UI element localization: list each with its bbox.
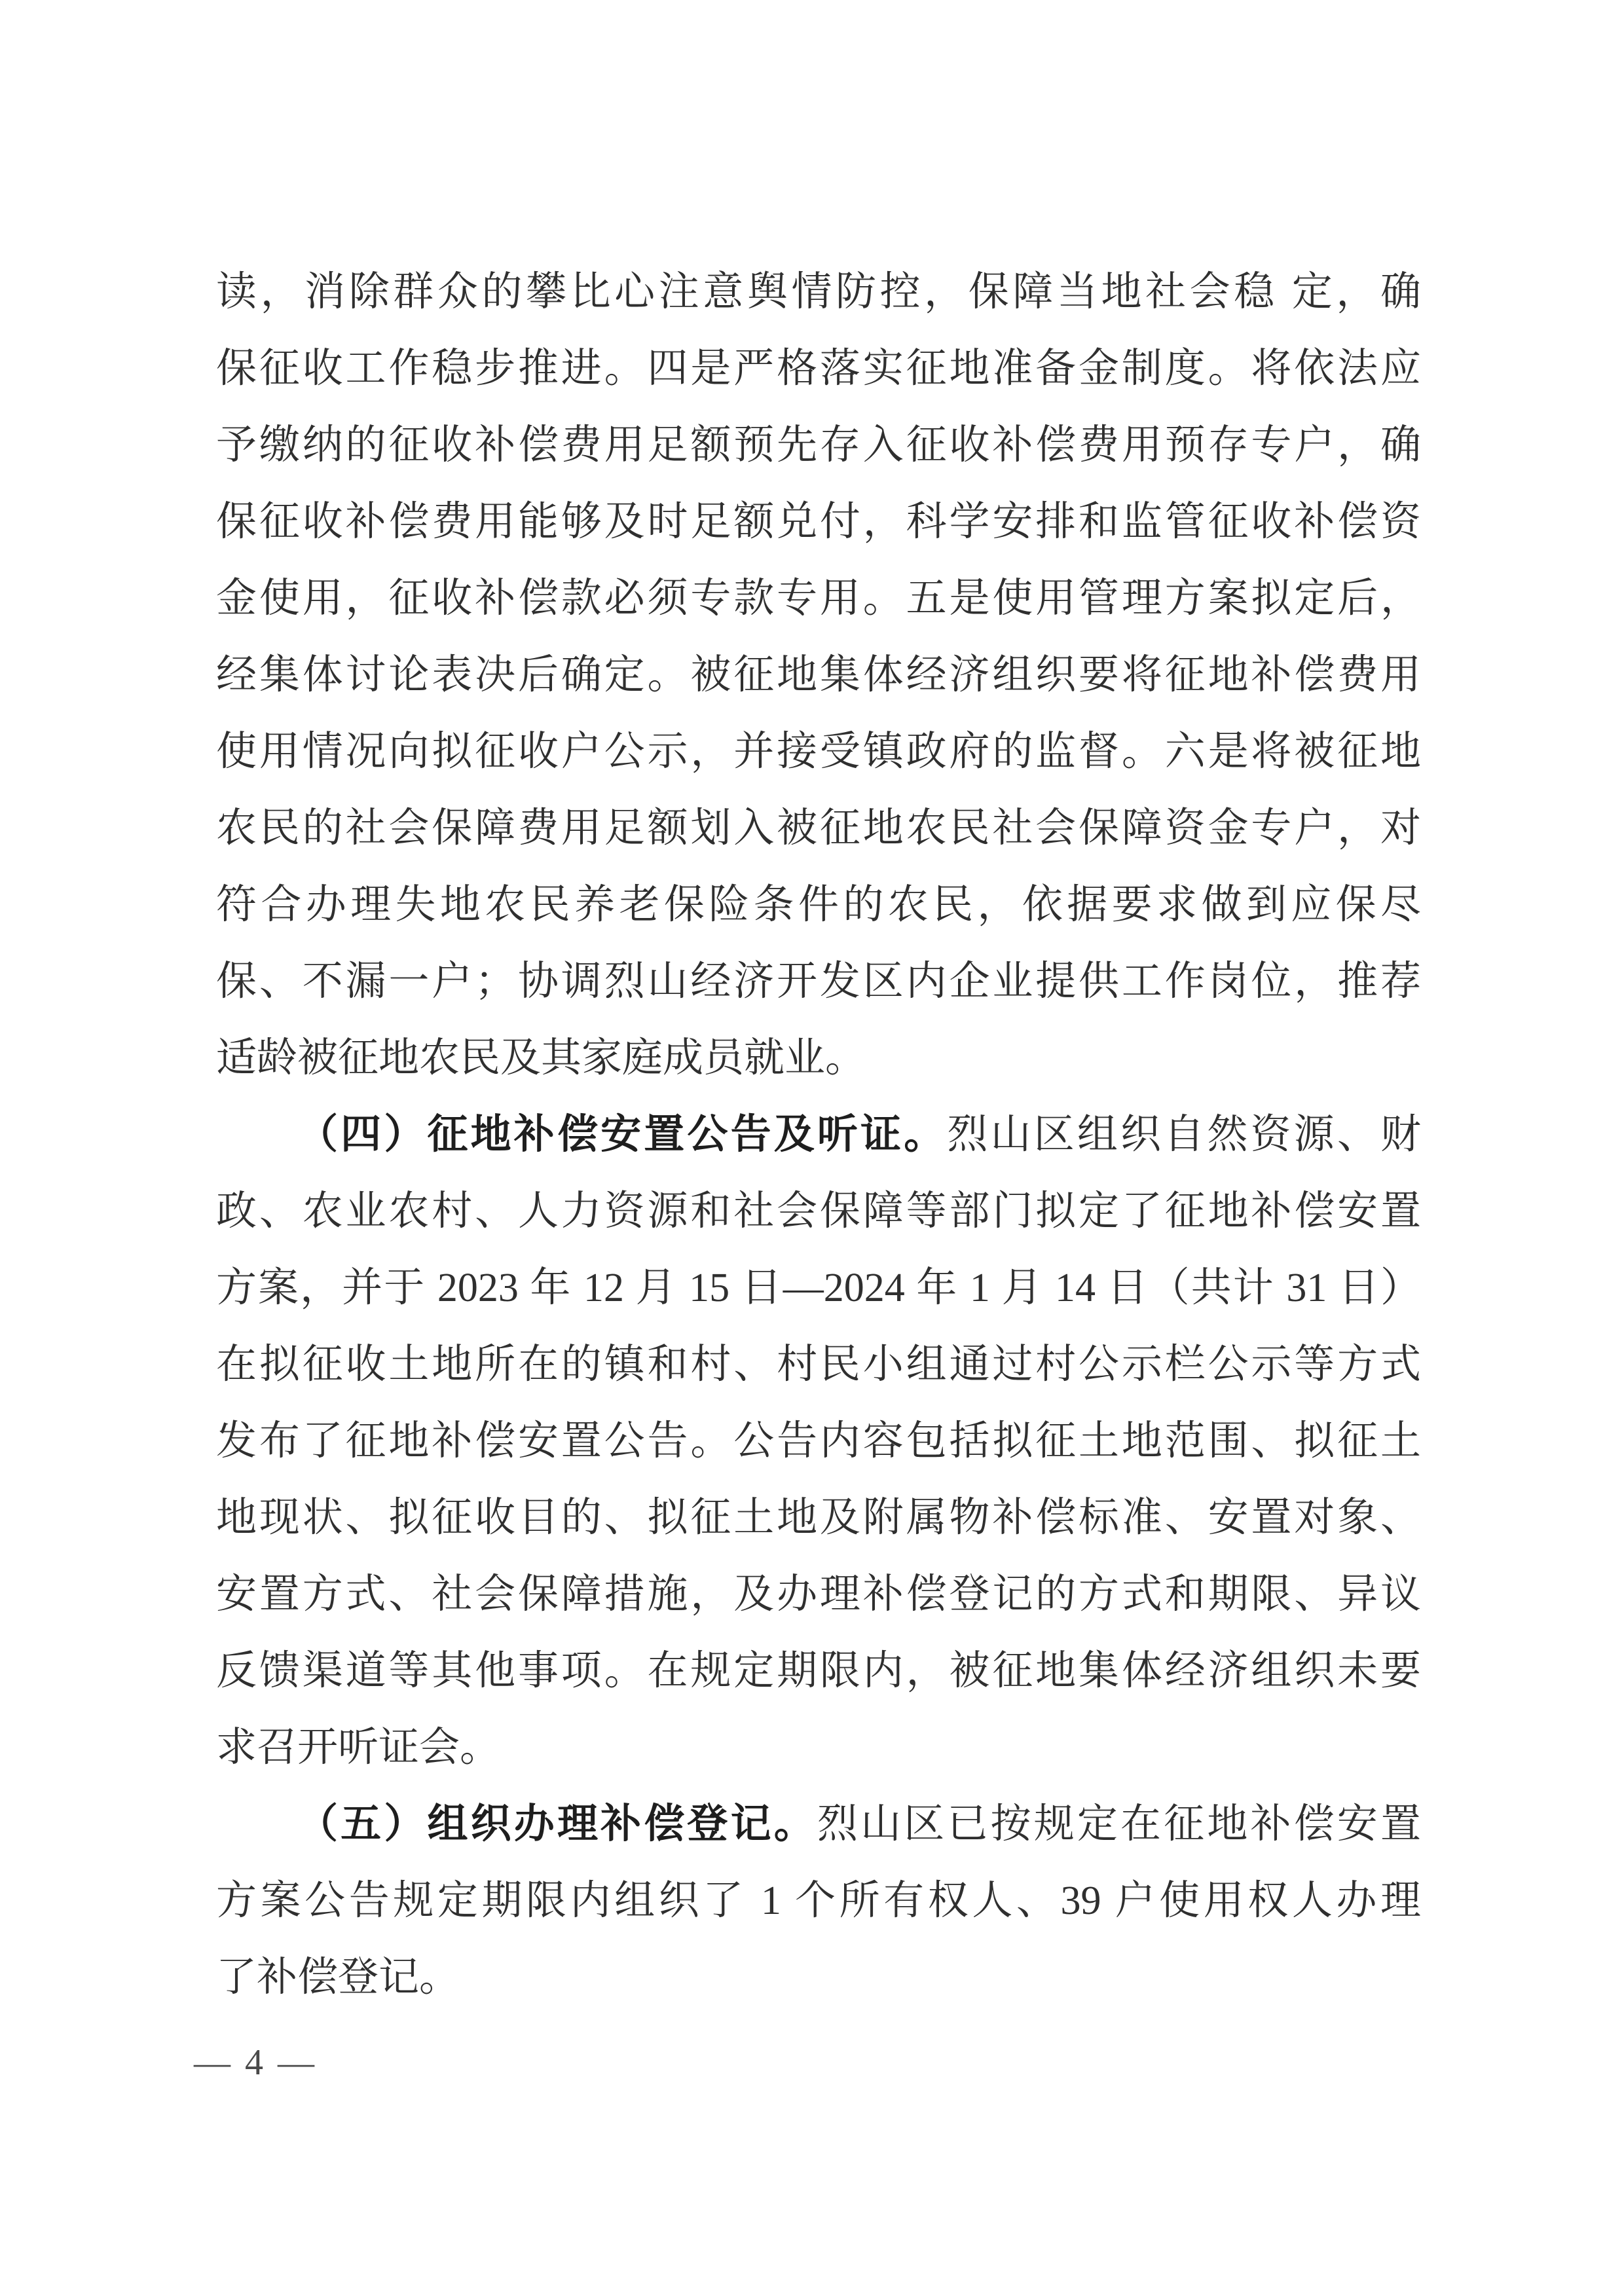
text-line: （五）组织办理补偿登记。烈山区已按规定在征地补偿安置 [216,1786,1421,1863]
text-line: 方案公告规定期限内组织了 1 个所有权人、39 户使用权人办理 [216,1863,1421,1939]
text-line: 政、农业农村、人力资源和社会保障等部门拟定了征地补偿安置 [216,1173,1421,1250]
text-line: 保征收补偿费用能够及时足额兑付，科学安排和监管征收补偿资 [216,484,1421,560]
text-line: 予缴纳的征收补偿费用足额预先存入征收补偿费用预存专户，确 [216,407,1421,484]
text-line: 读，消除群众的攀比心注意舆情防控，保障当地社会稳 定，确 [216,254,1421,331]
document-page: 读，消除群众的攀比心注意舆情防控，保障当地社会稳 定，确保征收工作稳步推进。四是… [0,0,1624,2295]
text-line: 方案，并于 2023 年 12 月 15 日—2024 年 1 月 14 日（共… [216,1250,1421,1327]
text-line: 了补偿登记。 [216,1939,1421,2016]
text-line: 保、不漏一户；协调烈山经济开发区内企业提供工作岗位，推荐 [216,944,1421,1020]
text-line: 经集体讨论表决后确定。被征地集体经济组织要将征地补偿费用 [216,637,1421,714]
text-line: 求召开听证会。 [216,1710,1421,1786]
text-line: 反馈渠道等其他事项。在规定期限内，被征地集体经济组织未要 [216,1633,1421,1710]
text-line: 农民的社会保障费用足额划入被征地农民社会保障资金专户，对 [216,790,1421,867]
text-line: 适龄被征地农民及其家庭成员就业。 [216,1020,1421,1097]
section-heading: （四）征地补偿安置公告及听证。 [297,1112,947,1157]
document-body: 读，消除群众的攀比心注意舆情防控，保障当地社会稳 定，确保征收工作稳步推进。四是… [216,254,1421,2016]
text-line: 在拟征收土地所在的镇和村、村民小组通过村公示栏公示等方式 [216,1327,1421,1403]
text-line: 保征收工作稳步推进。四是严格落实征地准备金制度。将依法应 [216,331,1421,407]
text-line: 安置方式、社会保障措施，及办理补偿登记的方式和期限、异议 [216,1556,1421,1633]
text-line: 金使用，征收补偿款必须专款专用。五是使用管理方案拟定后， [216,560,1421,637]
text-line: 符合办理失地农民养老保险条件的农民，依据要求做到应保尽 [216,867,1421,944]
page-number: — 4 — [194,2042,317,2083]
section-heading: （五）组织办理补偿登记。 [297,1802,817,1846]
text-line: 发布了征地补偿安置公告。公告内容包括拟征土地范围、拟征土 [216,1403,1421,1480]
page-footer: — 4 — [194,2036,317,2089]
text-line: （四）征地补偿安置公告及听证。烈山区组织自然资源、财 [216,1097,1421,1173]
text-line: 地现状、拟征收目的、拟征土地及附属物补偿标准、安置对象、 [216,1480,1421,1556]
text-line: 使用情况向拟征收户公示，并接受镇政府的监督。六是将被征地 [216,714,1421,790]
